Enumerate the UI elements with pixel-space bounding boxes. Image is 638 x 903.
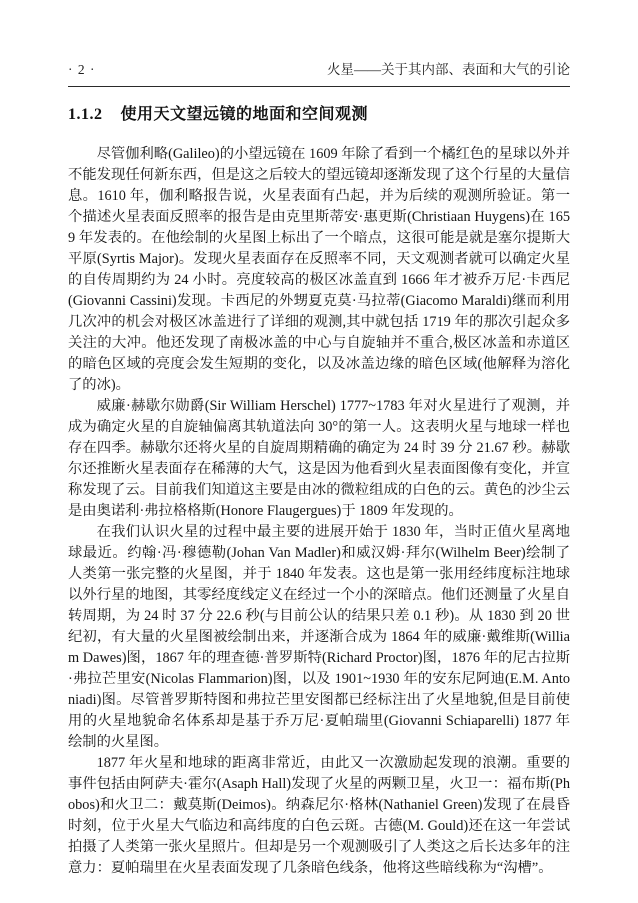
book-page: · 2 · 火星——关于其内部、表面和大气的引论 1.1.2 使用天文望远镜的地… (0, 0, 638, 903)
section-heading: 1.1.2 使用天文望远镜的地面和空间观测 (68, 104, 570, 126)
section-number: 1.1.2 (68, 106, 103, 123)
page-content: · 2 · 火星——关于其内部、表面和大气的引论 1.1.2 使用天文望远镜的地… (68, 0, 570, 879)
paragraph-herschel-observations: 威廉·赫歇尔勋爵(Sir William Herschel) 1777~1783… (68, 396, 570, 522)
paragraph-telescope-early-observations: 尽管伽利略(Galileo)的小望远镜在 1609 年除了看到一个橘红色的星球以… (68, 144, 570, 396)
body-text: 尽管伽利略(Galileo)的小望远镜在 1609 年除了看到一个橘红色的星球以… (68, 144, 570, 879)
page-number: · 2 · (68, 62, 96, 78)
paragraph-1877-discoveries: 1877 年火星和地球的距离非常近，由此又一次激励起发现的浪潮。重要的事件包括由… (68, 753, 570, 879)
section-title: 使用天文望远镜的地面和空间观测 (121, 106, 369, 123)
paragraph-mars-maps-history: 在我们认识火星的过程中最主要的进展开始于 1830 年，当时正值火星离地球最近。… (68, 522, 570, 753)
running-title: 火星——关于其内部、表面和大气的引论 (327, 62, 570, 78)
header-rule (68, 86, 570, 87)
running-head: · 2 · 火星——关于其内部、表面和大气的引论 (68, 0, 570, 78)
